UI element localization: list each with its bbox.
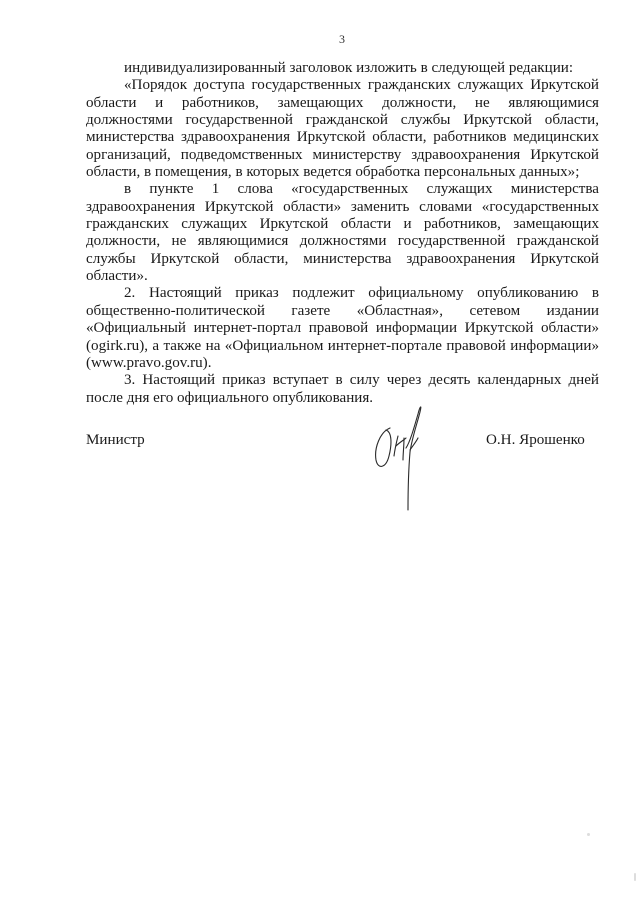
signature-block: Министр О.Н. Ярошенко xyxy=(86,432,599,512)
paragraph-heading-intro: индивидуализированный заголовок изложить… xyxy=(86,60,599,77)
scan-artifact xyxy=(587,833,590,836)
signatory-name: О.Н. Ярошенко xyxy=(486,432,585,449)
paragraph-item-2-publication: 2. Настоящий приказ подлежит официальном… xyxy=(86,285,599,372)
page-number: 3 xyxy=(0,32,640,47)
handwritten-signature-icon xyxy=(370,398,440,518)
paragraph-new-heading: «Порядок доступа государственных граждан… xyxy=(86,77,599,181)
document-body: индивидуализированный заголовок изложить… xyxy=(86,60,599,407)
paragraph-item-3-effective: 3. Настоящий приказ вступает в силу чере… xyxy=(86,372,599,407)
scan-artifact xyxy=(634,873,636,881)
paragraph-point-1-replacement: в пункте 1 слова «государственных служащ… xyxy=(86,181,599,285)
signatory-title: Министр xyxy=(86,432,145,449)
